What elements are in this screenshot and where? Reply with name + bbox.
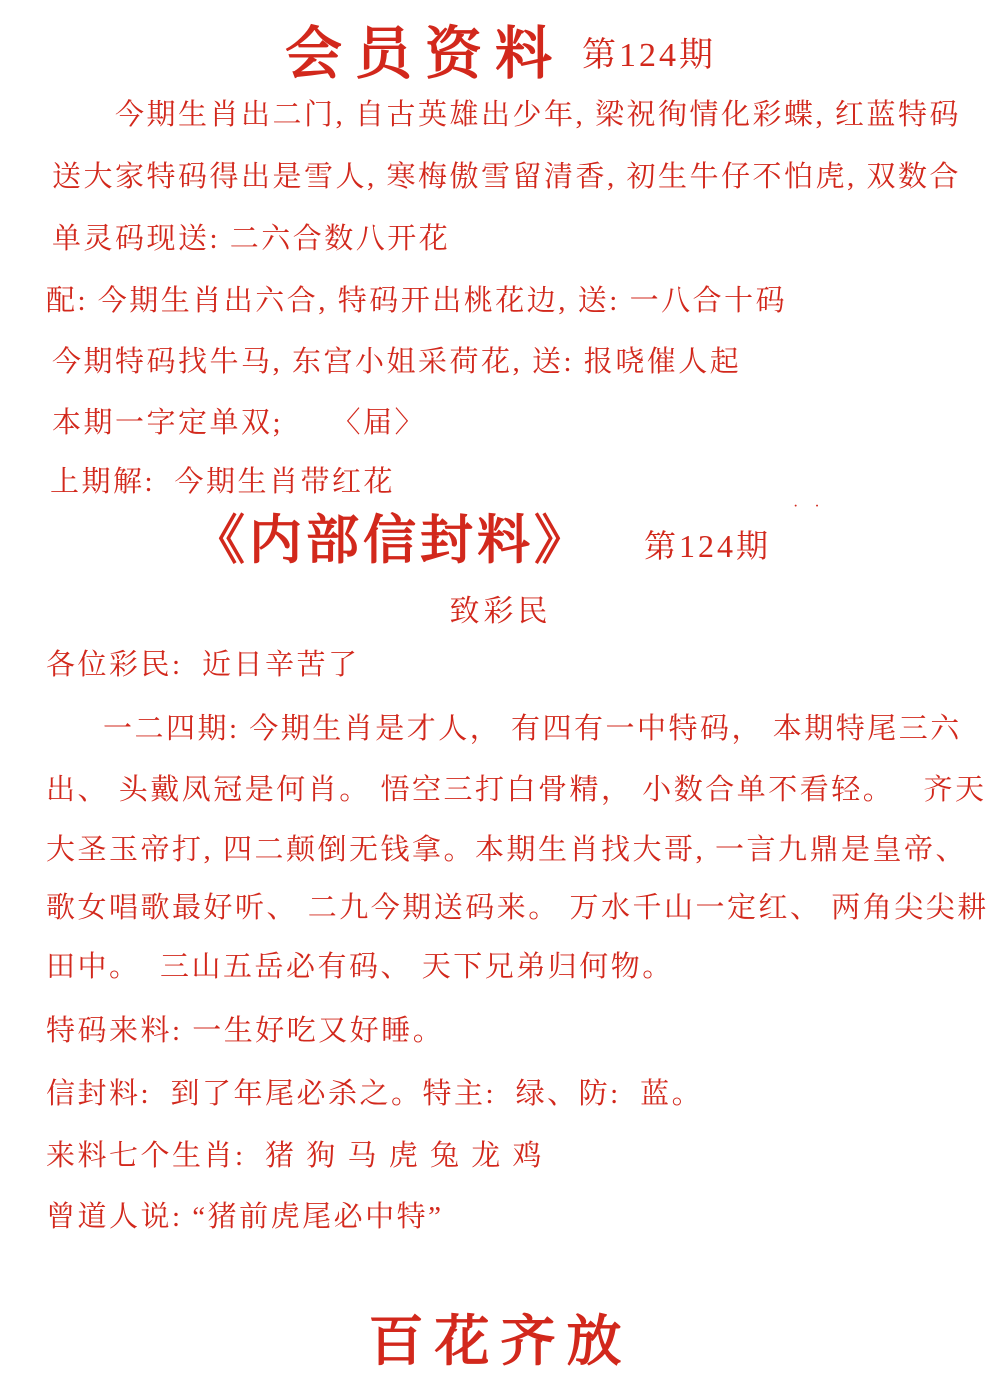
paragraph-line: 田中。 三山五岳必有码、 天下兄弟归何物。: [46, 950, 674, 985]
info-line: 来料七个生肖: 猪 狗 马 虎 兔 龙 鸡: [46, 1139, 544, 1174]
paragraph-line: 出、 头戴凤冠是何肖。 悟空三打白骨精， 小数合单不看轻。 齐天: [46, 773, 987, 808]
member-line: 今期生肖出二门, 自古英雄出少年, 梁祝徇情化彩蝶, 红蓝特码: [115, 98, 961, 133]
info-line: 曾道人说: “猪前虎尾必中特”: [46, 1200, 444, 1235]
issue-number: 第124期: [582, 27, 716, 76]
stray-ink-marks: · ·: [793, 498, 826, 516]
document-page: 会员资料 第124期 今期生肖出二门, 自古英雄出少年, 梁祝徇情化彩蝶, 红蓝…: [0, 0, 1001, 1388]
paragraph-line: 大圣玉帝打, 四二颠倒无钱拿。本期生肖找大哥, 一言九鼎是皇帝、: [46, 833, 967, 868]
paragraph-line: 一二四期: 今期生肖是才人， 有四有一中特码， 本期特尾三六: [103, 712, 962, 747]
member-line: 单灵码现送: 二六合数八开花: [52, 222, 450, 257]
greeting-line: 各位彩民: 近日辛苦了: [46, 648, 360, 683]
member-line: 配: 今期生肖出六合, 特码开出桃花边, 送: 一八合十码: [46, 284, 787, 319]
info-line: 信封料: 到了年尾必杀之。特主: 绿、防: 蓝。: [46, 1077, 703, 1112]
envelope-subtitle: 致彩民: [0, 586, 1001, 630]
info-line: 特码来料: 一生好吃又好睡。: [46, 1014, 444, 1049]
member-line: 今期特码找牛马, 东宫小姐采荷花, 送: 报哓催人起: [52, 345, 741, 380]
member-line: 上期解: 今期生肖带红花: [50, 465, 395, 500]
envelope-title: 《内部信封料》: [192, 498, 591, 574]
paragraph-line: 歌女唱歌最好听、 二九今期送码来。 万水千山一定红、 两角尖尖耕: [46, 891, 989, 926]
member-line: 本期一字定单双; 〈届〉: [52, 406, 426, 441]
footer-slogan: 百花齐放: [0, 1297, 1001, 1376]
member-line: 送大家特码得出是雪人, 寒梅傲雪留清香, 初生牛仔不怕虎, 双数合: [52, 160, 961, 195]
page-title: 会员资料: [285, 8, 565, 90]
envelope-issue-number: 第124期: [644, 521, 771, 567]
